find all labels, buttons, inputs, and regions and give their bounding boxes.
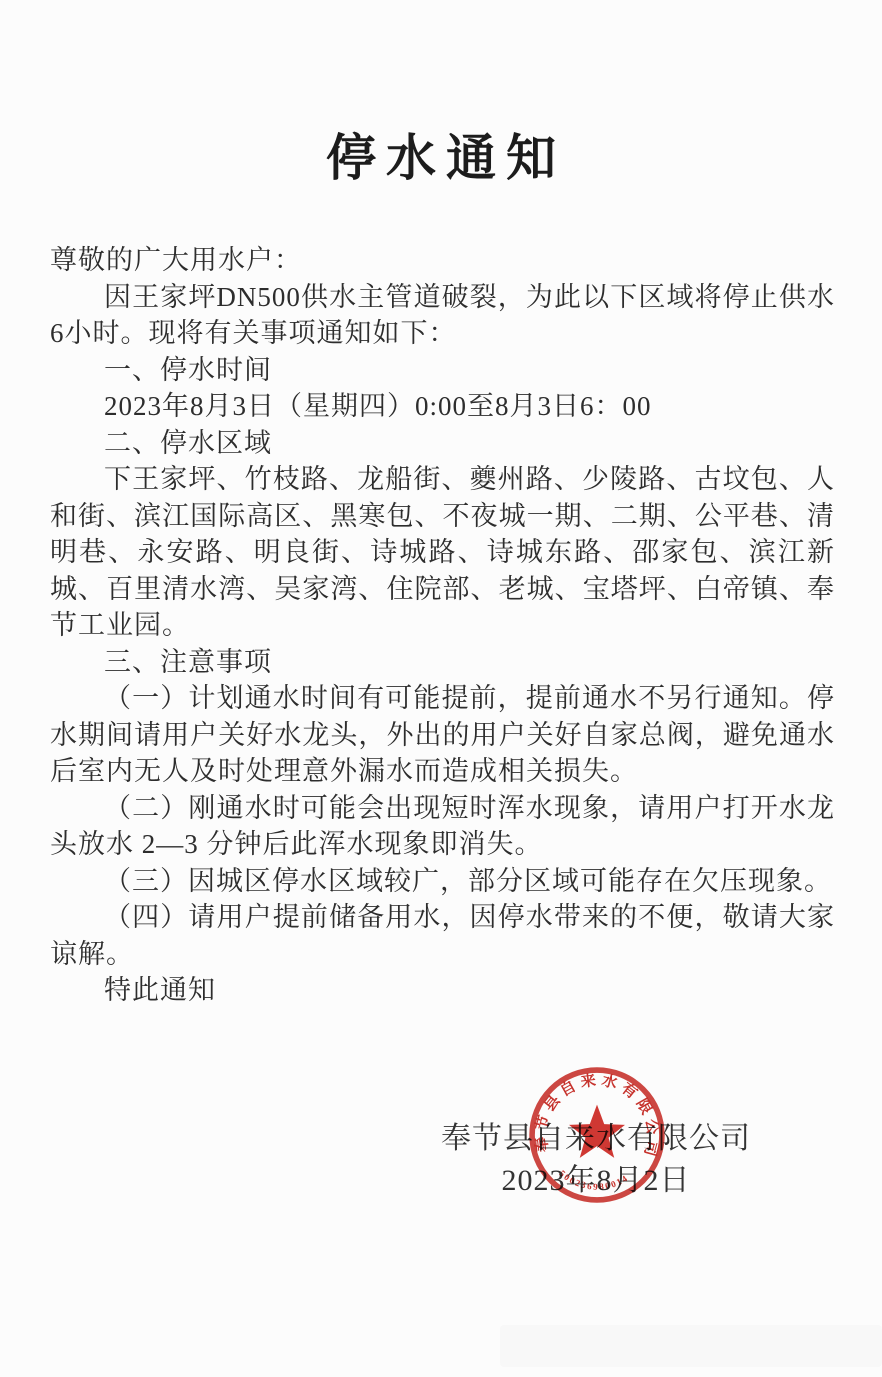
outage-time: 2023年8月3日（星期四）0:00至8月3日6：00 xyxy=(50,388,835,425)
notice-title: 停水通知 xyxy=(0,0,882,190)
section-2-heading: 二、停水区域 xyxy=(50,425,835,462)
notice-body: 尊敬的广大用水户： 因王家坪DN500供水主管道破裂，为此以下区域将停止供水6小… xyxy=(50,242,835,1009)
outage-areas: 下王家坪、竹枝路、龙船街、夔州路、少陵路、古坟包、人和街、滨江国际高区、黑寒包、… xyxy=(50,461,835,644)
scan-artifact xyxy=(500,1325,882,1367)
note-3: （三）因城区停水区域较广，部分区域可能存在欠压现象。 xyxy=(50,863,835,900)
note-1: （一）计划通水时间有可能提前，提前通水不另行通知。停水期间请用户关好水龙头，外出… xyxy=(50,680,835,790)
section-1-heading: 一、停水时间 xyxy=(50,352,835,389)
section-3-heading: 三、注意事项 xyxy=(50,644,835,681)
issue-date: 2023年8月2日 xyxy=(430,1160,762,1202)
issuer-name: 奉节县自来水有限公司 xyxy=(430,1118,762,1160)
notice-document: 停水通知 尊敬的广大用水户： 因王家坪DN500供水主管道破裂，为此以下区域将停… xyxy=(0,0,882,1377)
salutation: 尊敬的广大用水户： xyxy=(50,242,835,279)
intro-paragraph: 因王家坪DN500供水主管道破裂，为此以下区域将停止供水6小时。现将有关事项通知… xyxy=(50,279,835,352)
note-4: （四）请用户提前储备用水，因停水带来的不便，敬请大家谅解。 xyxy=(50,899,835,972)
signature-block: 奉节县自来水有限公司 2023年8月2日 xyxy=(430,1118,762,1202)
note-2: （二）刚通水时可能会出现短时浑水现象，请用户打开水龙头放水 2—3 分钟后此浑水… xyxy=(50,790,835,863)
closing-phrase: 特此通知 xyxy=(50,972,835,1009)
